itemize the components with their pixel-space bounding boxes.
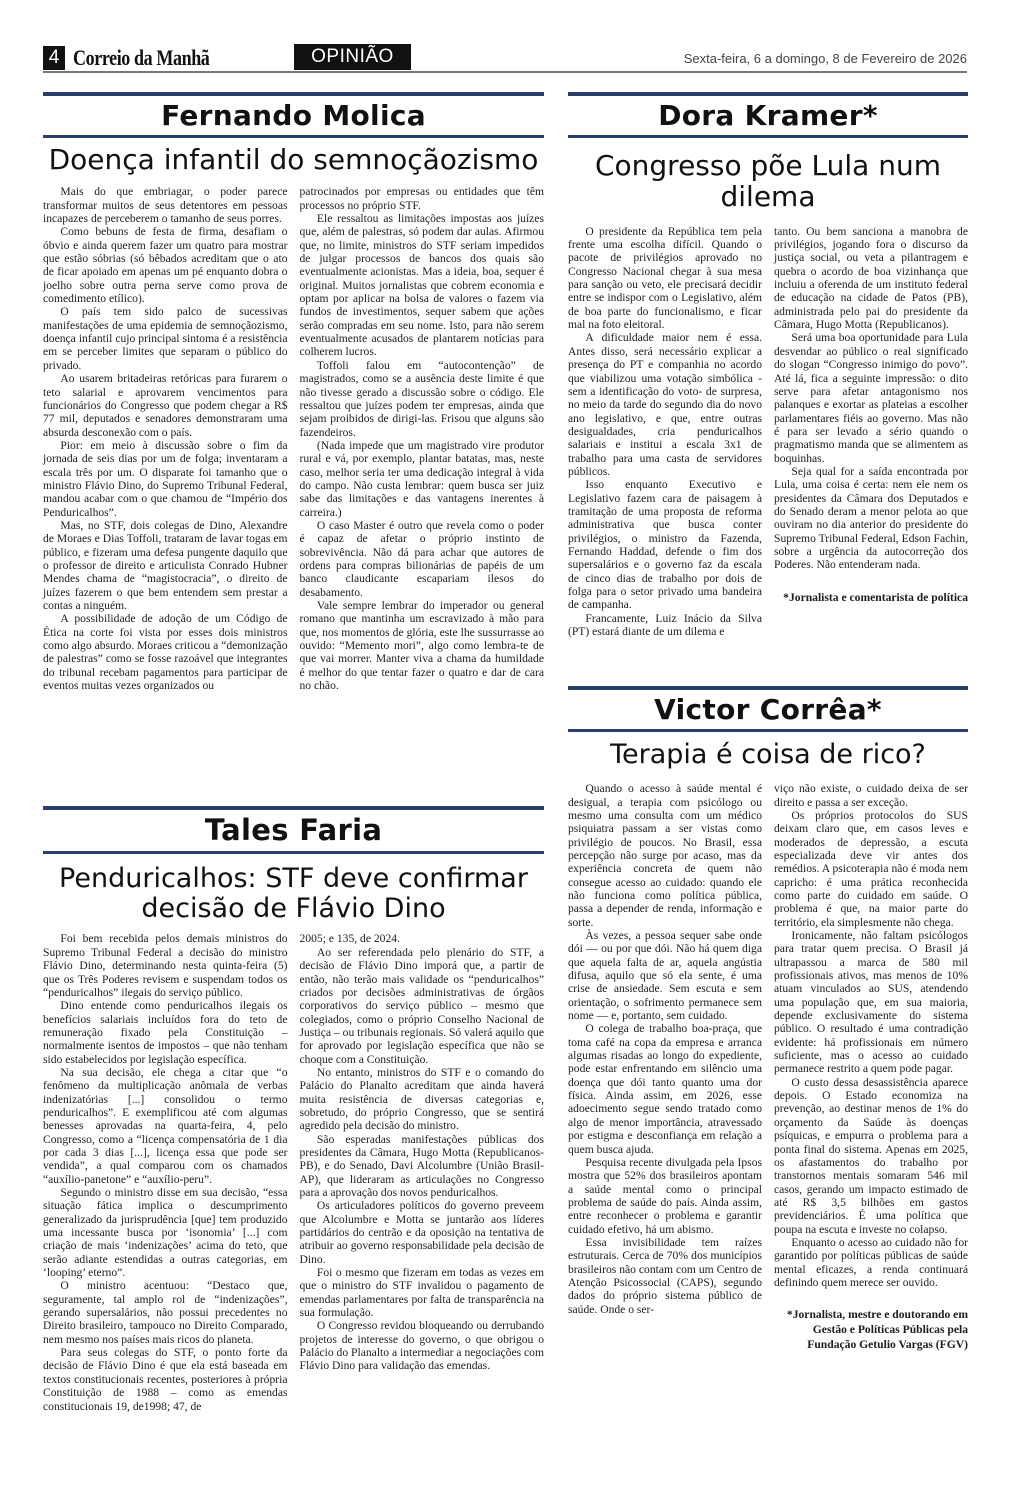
paragraph: Ao ser referendada pelo plenário do STF,… — [300, 946, 545, 1066]
paragraph: Para seus colegas do STF, o ponto forte … — [43, 1346, 288, 1413]
paragraph: Será uma boa oportunidade para Lula desv… — [774, 331, 968, 464]
paragraph: Os próprios protocolos do SUS deixam cla… — [774, 809, 968, 929]
edition-date: Sexta-feira, 6 a domingo, 8 de Fevereiro… — [684, 51, 967, 66]
article-headline: Doença infantil do semnoçãozismo — [43, 144, 544, 175]
author-bar: Dora Kramer* — [568, 92, 968, 138]
paragraph: Pesquisa recente divulgada pela Ipsos mo… — [568, 1156, 762, 1236]
paragraph: Isso enquanto Executivo e Legislativo fa… — [568, 478, 762, 611]
paragraph: Foi bem recebida pelos demais ministros … — [43, 932, 288, 999]
paragraph: (Nada impede que um magistrado vire prod… — [300, 439, 545, 519]
author-bar: Victor Corrêa* — [568, 686, 968, 732]
article-kramer: Dora Kramer* Congresso põe Lula num dile… — [568, 92, 968, 638]
paragraph: O país tem sido palco de sucessivas mani… — [43, 305, 288, 372]
article-correa: Victor Corrêa* Terapia é coisa de rico? … — [568, 686, 968, 1352]
paragraph: viço não existe, o cuidado deixa de ser … — [774, 782, 968, 809]
paragraph: O caso Master é outro que revela como o … — [300, 519, 545, 599]
author-signature: *Jornalista, mestre e doutorando em Gest… — [774, 1307, 968, 1352]
text-column: viço não existe, o cuidado deixa de ser … — [774, 782, 968, 1352]
paragraph: A dificuldade maior nem é essa. Antes di… — [568, 331, 762, 478]
article-faria: Tales Faria Penduricalhos: STF deve conf… — [43, 806, 544, 1413]
paragraph: Na sua decisão, ele chega a citar que “o… — [43, 1066, 288, 1186]
author-name: Fernando Molica — [43, 96, 544, 135]
paragraph: Ironicamente, não faltam psicólogos para… — [774, 929, 968, 1076]
article-headline: Terapia é coisa de rico? — [568, 740, 968, 770]
paragraph: Foi o mesmo que fizeram em todas as veze… — [300, 1266, 545, 1319]
paragraph: O Congresso revidou bloqueando ou derrub… — [300, 1319, 545, 1372]
paragraph: O ministro acentuou: “Destaco que, segur… — [43, 1279, 288, 1346]
masthead: 4 Correio da Manhã OPINIÃO Sexta-feira, … — [43, 44, 967, 72]
author-signature: *Jornalista e comentarista de política — [774, 590, 968, 605]
article-headline: Congresso põe Lula num dilema — [568, 150, 968, 213]
author-name: Dora Kramer* — [568, 96, 968, 135]
paragraph: Segundo o ministro disse em sua decisão,… — [43, 1186, 288, 1279]
article-molica: Fernando Molica Doença infantil do semno… — [43, 92, 544, 692]
article-body: Mais do que embriagar, o poder parece tr… — [43, 185, 544, 692]
paragraph: Dino entende como penduricalhos ilegais … — [43, 999, 288, 1066]
author-bar: Tales Faria — [43, 806, 544, 854]
section-tag: OPINIÃO — [294, 44, 411, 70]
text-column: Foi bem recebida pelos demais ministros … — [43, 932, 288, 1412]
article-headline: Penduricalhos: STF deve confirmar decisã… — [43, 864, 544, 924]
masthead-divider — [43, 71, 967, 73]
author-name: Tales Faria — [43, 810, 544, 851]
author-bar: Fernando Molica — [43, 92, 544, 138]
paragraph: Ele ressaltou as limitações impostas aos… — [300, 212, 545, 359]
paragraph: Seja qual for a saída encontrada por Lul… — [774, 465, 968, 572]
newspaper-logo: Correio da Manhã — [73, 45, 209, 71]
paragraph: Como bebuns de festa de firma, desafiam … — [43, 225, 288, 305]
paragraph: Mais do que embriagar, o poder parece tr… — [43, 185, 288, 225]
text-column: Mais do que embriagar, o poder parece tr… — [43, 185, 288, 692]
paragraph: tanto. Ou bem sanciona a manobra de priv… — [774, 225, 968, 332]
paragraph: Os articuladores políticos do governo pr… — [300, 1199, 545, 1266]
paragraph: patrocinados por empresas ou entidades q… — [300, 185, 545, 212]
paragraph: Mas, no STF, dois colegas de Dino, Alexa… — [43, 519, 288, 612]
paragraph: Francamente, Luiz Inácio da Silva (PT) e… — [568, 612, 762, 639]
text-column: patrocinados por empresas ou entidades q… — [300, 185, 545, 692]
paragraph: No entanto, ministros do STF e o comando… — [300, 1066, 545, 1133]
article-body: Quando o acesso à saúde mental é desigua… — [568, 782, 968, 1352]
text-column: Quando o acesso à saúde mental é desigua… — [568, 782, 762, 1352]
article-body: O presidente da República tem pela frent… — [568, 225, 968, 639]
paragraph: A possibilidade de adoção de um Código d… — [43, 612, 288, 692]
paragraph: Pior: em meio à discussão sobre o fim da… — [43, 439, 288, 519]
text-column: 2005; e 135, de 2024. Ao ser referendada… — [300, 932, 545, 1412]
paragraph: Quando o acesso à saúde mental é desigua… — [568, 782, 762, 929]
text-column: tanto. Ou bem sanciona a manobra de priv… — [774, 225, 968, 639]
paragraph: Ao usarem britadeiras retóricas para fur… — [43, 372, 288, 439]
author-name: Victor Corrêa* — [568, 690, 968, 729]
page-number: 4 — [43, 46, 65, 70]
text-column: O presidente da República tem pela frent… — [568, 225, 762, 639]
paragraph: O custo dessa desassistência aparece dep… — [774, 1076, 968, 1236]
paragraph: 2005; e 135, de 2024. — [300, 932, 545, 945]
paragraph: O colega de trabalho boa-praça, que toma… — [568, 1022, 762, 1155]
paragraph: São esperadas manifestações públicas dos… — [300, 1133, 545, 1200]
paragraph: Enquanto o acesso ao cuidado não for gar… — [774, 1236, 968, 1289]
article-body: Foi bem recebida pelos demais ministros … — [43, 932, 544, 1412]
paragraph: O presidente da República tem pela frent… — [568, 225, 762, 332]
paragraph: Às vezes, a pessoa sequer sabe onde dói … — [568, 929, 762, 1022]
paragraph: Essa invisibilidade tem raízes estrutura… — [568, 1236, 762, 1316]
paragraph: Vale sempre lembrar do imperador ou gene… — [300, 599, 545, 692]
paragraph: Toffoli falou em “autocontenção” de magi… — [300, 359, 545, 439]
